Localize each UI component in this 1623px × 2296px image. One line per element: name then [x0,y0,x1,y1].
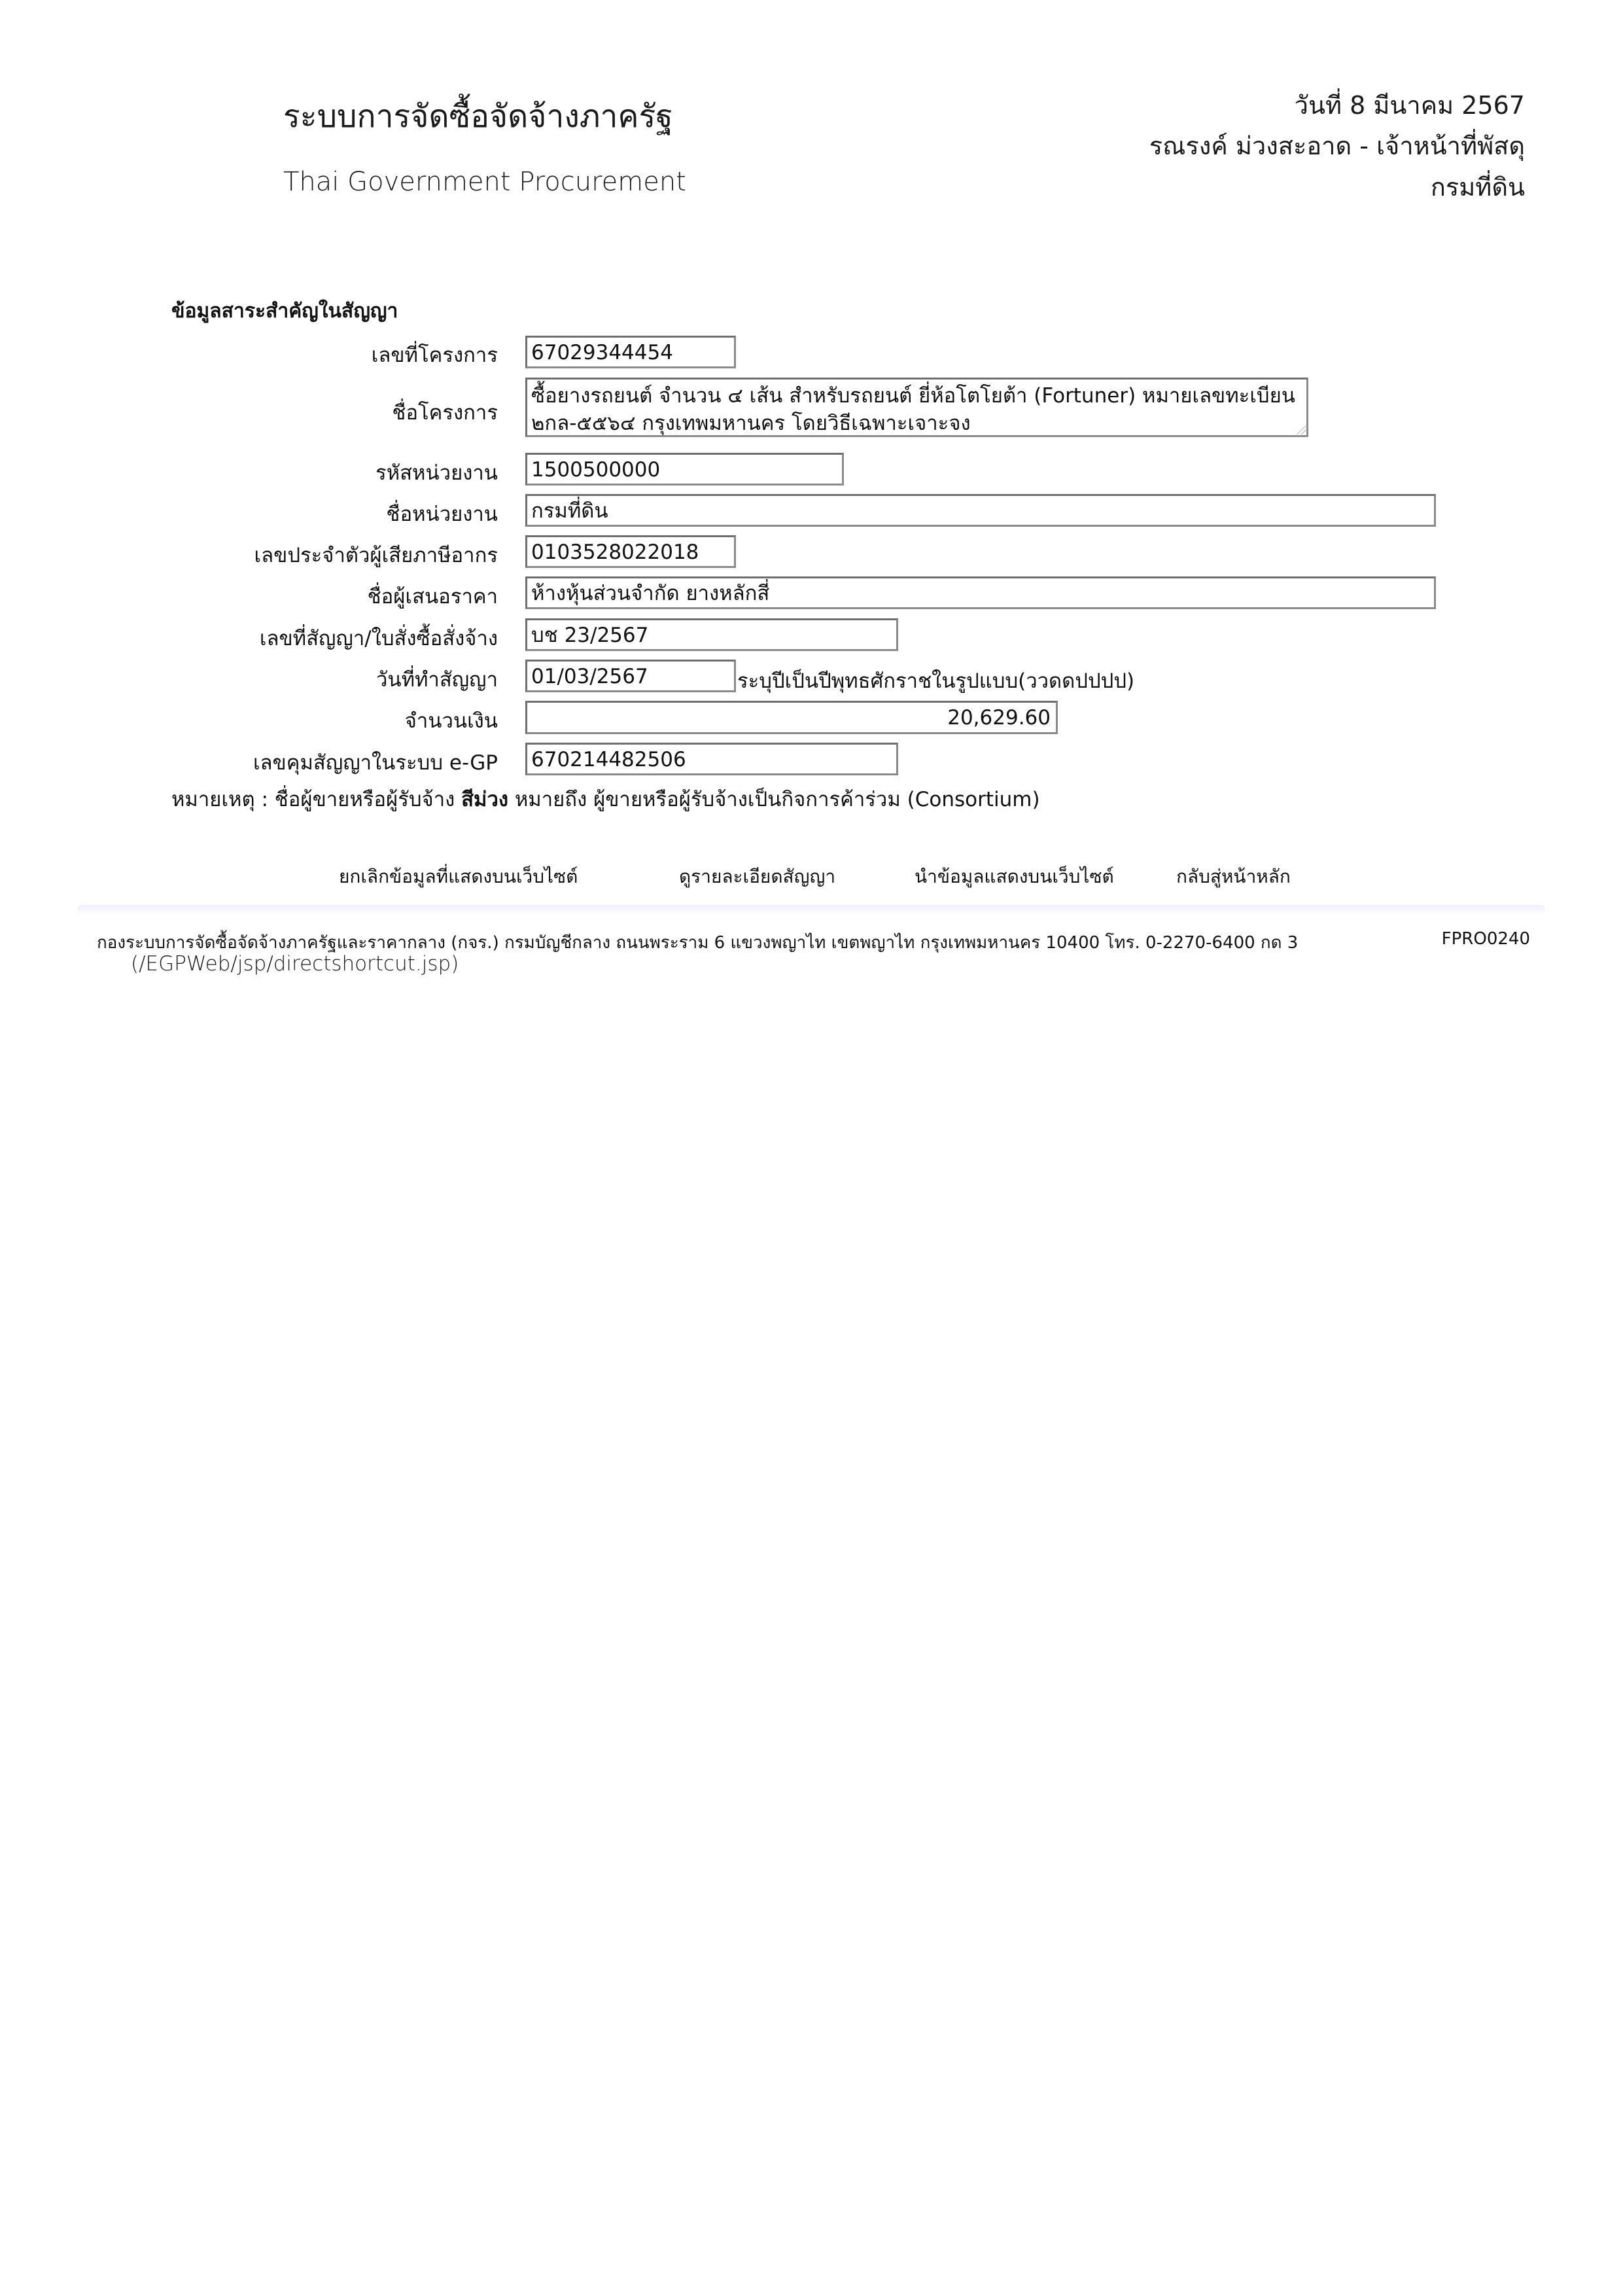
project-name-textarea[interactable]: ซื้อยางรถยนต์ จำนวน ๔ เส้น สำหรับรถยนต์ … [525,378,1308,437]
system-title-english: Thai Government Procurement [283,167,686,197]
tax-id-field[interactable]: 0103528022018 [525,535,736,568]
bidder-name-label: ชื่อผู้เสนอราคา [368,580,498,612]
user-name-role: รณรงค์ ม่วงสะอาด - เจ้าหน้าที่พัสดุ [1149,126,1525,166]
project-name-label: ชื่อโครงการ [392,396,498,429]
amount-field[interactable]: 20,629.60 [525,701,1058,734]
date-format-hint: ระบุปีเป็นปีพุทธศักราชในรูปแบบ(ววดดปปปป) [737,664,1134,697]
resize-grip-icon[interactable] [1295,424,1306,434]
agency-name-label: ชื่อหน่วยงาน [386,497,498,530]
cancel-display-link[interactable]: ยกเลิกข้อมูลที่แสดงบนเว็บไซต์ [339,862,578,891]
contract-date-field[interactable]: 01/03/2567 [525,660,736,692]
remark-purple-keyword: สีม่วง [461,788,508,811]
tax-id-label: เลขประจำตัวผู้เสียภาษีอากร [254,539,498,571]
project-name-text: ซื้อยางรถยนต์ จำนวน ๔ เส้น สำหรับรถยนต์ … [531,384,1295,435]
egp-control-number-label: เลขคุมสัญญาในระบบ e-GP [253,746,498,779]
page-code: FPRO0240 [1442,929,1530,949]
project-number-label: เลขที่โครงการ [372,338,498,371]
agency-code-field[interactable]: 1500500000 [525,453,844,486]
remark-prefix: หมายเหตุ : ชื่อผู้ขายหรือผู้รับจ้าง [171,788,461,811]
page-path: (/EGPWeb/jsp/directshortcut.jsp) [131,952,459,976]
remark-note: หมายเหตุ : ชื่อผู้ขายหรือผู้รับจ้าง สีม่… [171,783,1040,815]
agency-code-label: รหัสหน่วยงาน [375,456,498,489]
publish-website-link[interactable]: นำข้อมูลแสดงบนเว็บไซต์ [915,862,1114,891]
amount-label: จำนวนเงิน [405,704,498,737]
contract-date-label: วันที่ทำสัญญา [376,663,498,696]
bidder-name-field[interactable]: ห้างหุ้นส่วนจำกัด ยางหลักสี่ [525,576,1436,609]
user-organization: กรมที่ดิน [1431,167,1525,207]
view-contract-link[interactable]: ดูรายละเอียดสัญญา [679,862,835,891]
remark-suffix: หมายถึง ผู้ขายหรือผู้รับจ้างเป็นกิจการค้… [508,788,1040,811]
current-date: วันที่ 8 มีนาคม 2567 [1295,85,1525,125]
section-title: ข้อมูลสาระสำคัญในสัญญา [171,296,398,327]
contract-number-field[interactable]: บช 23/2567 [525,618,898,651]
footer-separator [77,905,1545,914]
agency-name-field[interactable]: กรมที่ดิน [525,494,1436,527]
back-home-link[interactable]: กลับสู่หน้าหลัก [1176,862,1291,891]
system-title-thai: ระบบการจัดซื้อจัดจ้างภาครัฐ [283,92,673,141]
project-number-field[interactable]: 67029344454 [525,336,736,368]
egp-control-number-field[interactable]: 670214482506 [525,743,898,775]
contract-number-label: เลขที่สัญญา/ใบสั่งซื้อสั่งจ้าง [260,622,498,654]
